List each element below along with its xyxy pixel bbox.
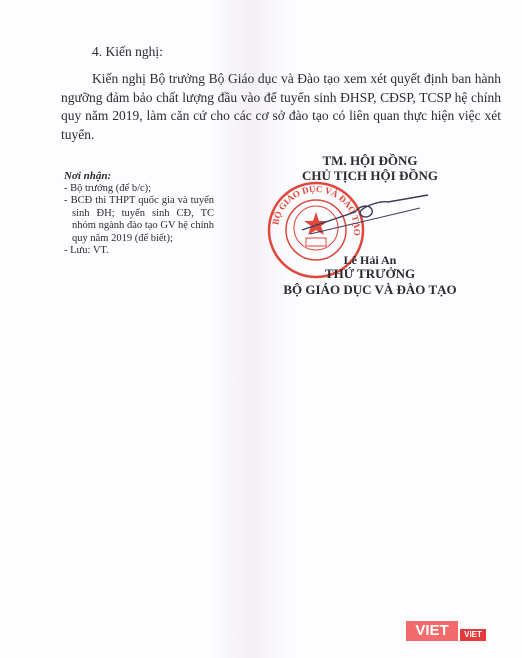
section-heading: 4. Kiến nghị: (92, 44, 163, 60)
signer-position: THỨ TRƯỞNG (250, 266, 490, 282)
recipients-title: Nơi nhận: (64, 170, 214, 183)
recommendation-paragraph: Kiến nghị Bộ trưởng Bộ Giáo dục và Đào t… (61, 70, 501, 144)
logo-small-text: VIET (460, 629, 486, 641)
logo-big-text: VIET (406, 621, 458, 641)
signature-title-1: TM. HỘI ĐỒNG (250, 153, 490, 169)
recipients-block: Nơi nhận: - Bộ trưởng (để b/c); - BCĐ th… (64, 170, 214, 258)
recipient-item: - Lưu: VT. (64, 245, 214, 258)
recipient-item: - BCĐ thi THPT quốc gia và tuyển sinh ĐH… (64, 195, 214, 245)
vietnamnet-watermark-logo: VIET VIET (406, 621, 486, 643)
signature-title-2: CHỦ TỊCH HỘI ĐỒNG (250, 168, 490, 184)
recipient-item: - Bộ trưởng (để b/c); (64, 183, 214, 196)
handwritten-signature-icon (300, 190, 430, 240)
recommendation-text: Kiến nghị Bộ trưởng Bộ Giáo dục và Đào t… (61, 71, 501, 142)
signer-organization: BỘ GIÁO DỤC VÀ ĐÀO TẠO (250, 282, 490, 298)
